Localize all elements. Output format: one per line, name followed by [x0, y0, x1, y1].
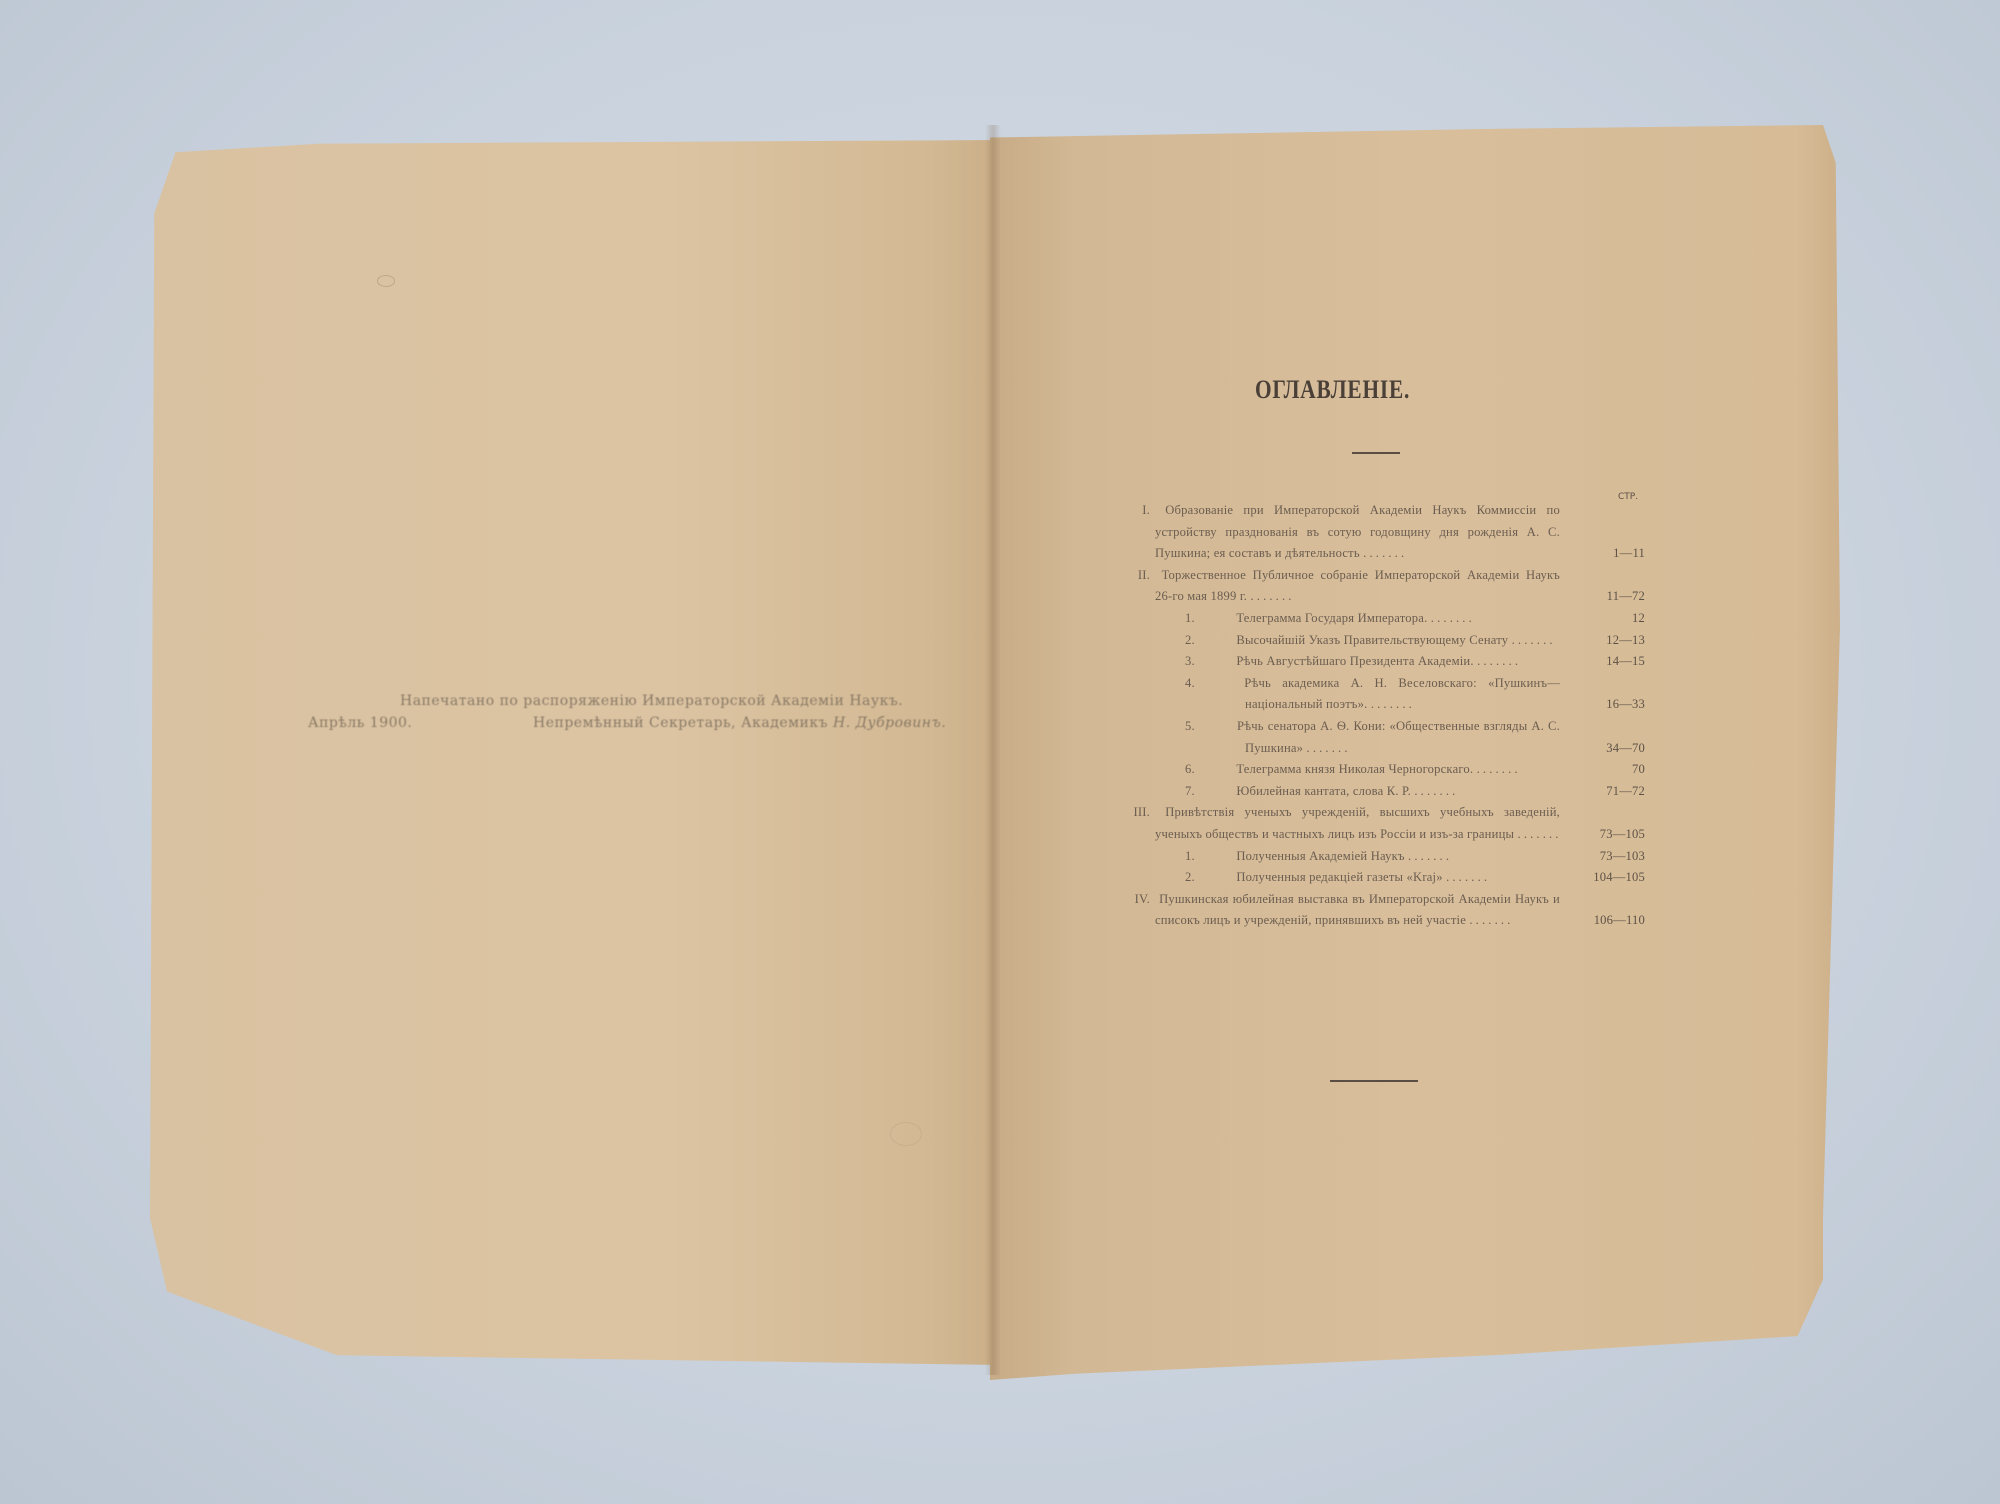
toc-entry-page: 11—72 — [1565, 586, 1645, 608]
toc-entry: I. Образованіе при Императорской Академі… — [1100, 500, 1645, 565]
left-page — [150, 140, 1000, 1365]
toc-entry: 5. Рѣчь сенатора А. Ѳ. Кони: «Общественн… — [1100, 716, 1645, 759]
toc-entry-number: III. — [1100, 802, 1155, 824]
toc-entry-number: 2. — [1215, 630, 1233, 652]
leader-dots: . . . . . . . — [1512, 633, 1553, 647]
toc-entry-text: 6. Телеграмма князя Николая Черногорскаг… — [1100, 759, 1645, 781]
toc-title: ОГЛАВЛЕНІЕ. — [1255, 375, 1410, 405]
toc-entry-page: 12—13 — [1565, 630, 1645, 652]
toc-entry: 1. Полученныя Академіей Наукъ . . . . . … — [1100, 846, 1645, 868]
imprint-date: Апрѣль 1900. — [308, 715, 412, 731]
toc-entry: 3. Рѣчь Августѣйшаго Президента Академіи… — [1100, 651, 1645, 673]
toc-entry-number: 6. — [1215, 759, 1233, 781]
toc-entry-number: 5. — [1215, 716, 1233, 738]
toc-entry-text: 2. Полученныя редакціей газеты «Kraj» . … — [1100, 867, 1645, 889]
toc-entry: 4. Рѣчь академика А. Н. Веселовскаго: «П… — [1100, 673, 1645, 716]
toc-entry-text: 7. Юбилейная кантата, слова К. Р. . . . … — [1100, 781, 1645, 803]
toc-entry-page: 34—70 — [1565, 738, 1645, 760]
leader-dots: . . . . . . . — [1414, 784, 1455, 798]
toc-entry-number: 1. — [1215, 846, 1233, 868]
toc-entry-text: 3. Рѣчь Августѣйшаго Президента Академіи… — [1100, 651, 1645, 673]
paper-stain — [377, 275, 395, 287]
toc-entry: 6. Телеграмма князя Николая Черногорскаг… — [1100, 759, 1645, 781]
toc-entry-page: 12 — [1565, 608, 1645, 630]
toc-entry: IV. Пушкинская юбилейная выставка въ Имп… — [1100, 889, 1645, 932]
toc-entry-number: 4. — [1215, 673, 1233, 695]
toc-entry-label: Рѣчь Августѣйшаго Президента Академіи. — [1233, 654, 1477, 668]
imprint-signature-name: Н. Дубровинъ. — [833, 715, 946, 731]
toc-entry-label: Полученныя Академіей Наукъ — [1233, 849, 1408, 863]
toc-entry-number: 3. — [1215, 651, 1233, 673]
toc-entry-label: Рѣчь сенатора А. Ѳ. Кони: «Общественные … — [1233, 719, 1560, 755]
toc-entry-number: 2. — [1215, 867, 1233, 889]
toc-entry-number: I. — [1100, 500, 1155, 522]
leader-dots: . . . . . . . — [1307, 741, 1348, 755]
toc-entry-page: 104—105 — [1565, 867, 1645, 889]
toc-entry-label: Привѣтствія ученыхъ учрежденій, высшихъ … — [1155, 805, 1560, 841]
leader-dots: . . . . . . . — [1408, 849, 1449, 863]
toc-entry-page: 106—110 — [1565, 910, 1645, 932]
toc-entry-page: 70 — [1565, 759, 1645, 781]
leader-dots: . . . . . . . — [1431, 611, 1472, 625]
toc-entry-number: II. — [1100, 565, 1155, 587]
toc-entry-text: 4. Рѣчь академика А. Н. Веселовскаго: «П… — [1100, 673, 1645, 716]
leader-dots: . . . . . . . — [1363, 546, 1404, 560]
toc-entry-text: I. Образованіе при Императорской Академі… — [1100, 500, 1645, 565]
imprint-signature: Непремѣнный Секретарь, Академикъ Н. Дубр… — [533, 715, 946, 731]
toc-entry-text: III. Привѣтствія ученыхъ учрежденій, выс… — [1100, 802, 1645, 845]
table-of-contents: I. Образованіе при Императорской Академі… — [1100, 500, 1645, 932]
leader-dots: . . . . . . . — [1477, 762, 1518, 776]
toc-entry: 7. Юбилейная кантата, слова К. Р. . . . … — [1100, 781, 1645, 803]
toc-entry-text: II. Торжественное Публичное собраніе Имп… — [1100, 565, 1645, 608]
toc-entry-page: 1—11 — [1565, 543, 1645, 565]
leader-dots: . . . . . . . — [1469, 913, 1510, 927]
leader-dots: . . . . . . . — [1477, 654, 1518, 668]
imprint-signature-title: Непремѣнный Секретарь, Академикъ — [533, 715, 828, 731]
leader-dots: . . . . . . . — [1250, 589, 1291, 603]
leader-dots: . . . . . . . — [1371, 697, 1412, 711]
imprint-printed-by-order: Напечатано по распоряженію Императорской… — [400, 693, 903, 709]
toc-entry-label: Телеграмма Государя Императора. — [1233, 611, 1431, 625]
toc-entry: II. Торжественное Публичное собраніе Имп… — [1100, 565, 1645, 608]
toc-entry-label: Торжественное Публичное собраніе Императ… — [1155, 568, 1560, 604]
toc-entry-page: 16—33 — [1565, 694, 1645, 716]
toc-entry-page: 73—105 — [1565, 824, 1645, 846]
toc-entry-page: 71—72 — [1565, 781, 1645, 803]
toc-entry-text: 1. Телеграмма Государя Императора. . . .… — [1100, 608, 1645, 630]
end-divider-rule — [1330, 1080, 1418, 1082]
toc-entry-page: 73—103 — [1565, 846, 1645, 868]
toc-entry-label: Высочайшій Указъ Правительствующему Сена… — [1233, 633, 1512, 647]
toc-entry: III. Привѣтствія ученыхъ учрежденій, выс… — [1100, 802, 1645, 845]
title-divider-rule — [1352, 452, 1400, 454]
leader-dots: . . . . . . . — [1446, 870, 1487, 884]
toc-entry-label: Образованіе при Императорской Академіи Н… — [1155, 503, 1560, 560]
toc-entry: 2. Полученныя редакціей газеты «Kraj» . … — [1100, 867, 1645, 889]
toc-entry-text: 2. Высочайшій Указъ Правительствующему С… — [1100, 630, 1645, 652]
book-spine-fold — [985, 125, 1001, 1375]
toc-entry-text: 1. Полученныя Академіей Наукъ . . . . . … — [1100, 846, 1645, 868]
paper-stain — [890, 1122, 922, 1146]
toc-entry: 1. Телеграмма Государя Императора. . . .… — [1100, 608, 1645, 630]
leader-dots: . . . . . . . — [1518, 827, 1559, 841]
toc-entry-number: IV. — [1100, 889, 1155, 911]
toc-entry-number: 1. — [1215, 608, 1233, 630]
toc-entry-page: 14—15 — [1565, 651, 1645, 673]
toc-entry-text: 5. Рѣчь сенатора А. Ѳ. Кони: «Общественн… — [1100, 716, 1645, 759]
toc-entry-label: Телеграмма князя Николая Черногорскаго. — [1233, 762, 1477, 776]
toc-entry-number: 7. — [1215, 781, 1233, 803]
toc-entry: 2. Высочайшій Указъ Правительствующему С… — [1100, 630, 1645, 652]
toc-entry-text: IV. Пушкинская юбилейная выставка въ Имп… — [1100, 889, 1645, 932]
toc-entry-label: Юбилейная кантата, слова К. Р. — [1233, 784, 1414, 798]
toc-entry-label: Полученныя редакціей газеты «Kraj» — [1233, 870, 1446, 884]
